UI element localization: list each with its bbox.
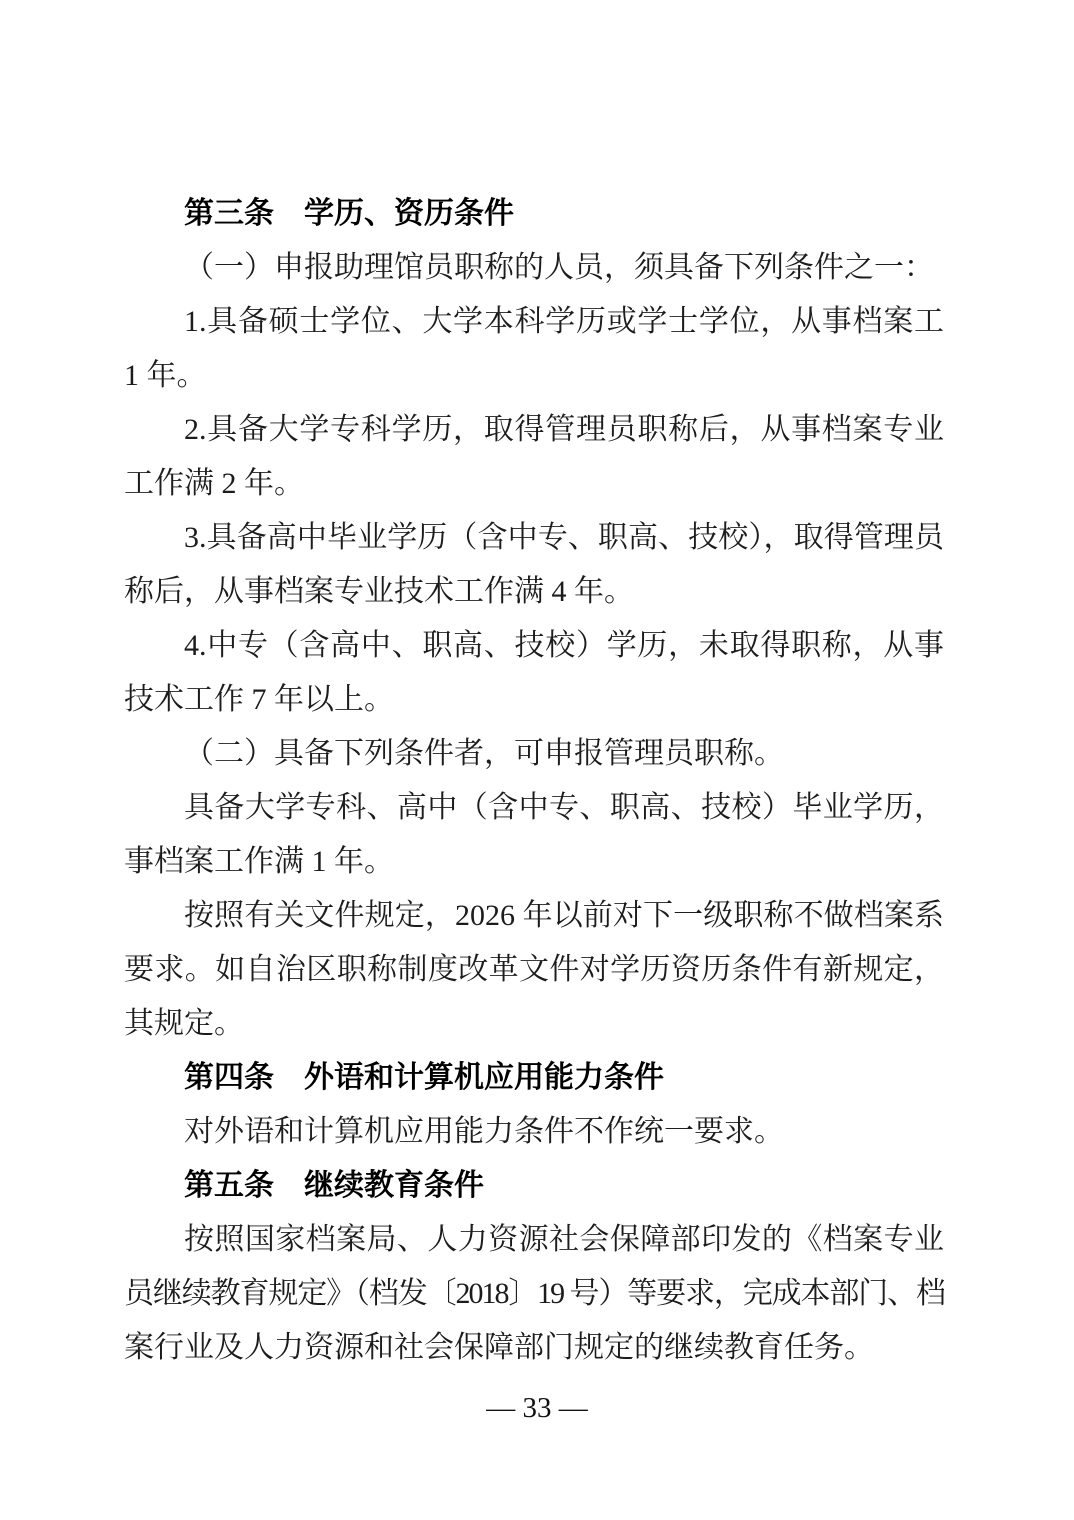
- article-3-heading: 第三条 学历、资历条件: [124, 187, 944, 241]
- text-line: （二）具备下列条件者，可申报管理员职称。: [124, 727, 944, 781]
- item-3: 3.具备高中毕业学历（含中专、职高、技校），取得管理员职 称后，从事档案专业技术…: [124, 511, 944, 619]
- clause-1-intro: （一）申报助理馆员职称的人员，须具备下列条件之一：: [124, 241, 944, 295]
- text-line: 案行业及人力资源和社会保障部门规定的继续教育任务。: [124, 1321, 944, 1375]
- clause-2-requirement: 具备大学专科、高中（含中专、职高、技校）毕业学历，从 事档案工作满 1 年。: [124, 781, 944, 889]
- transition-provision: 按照有关文件规定，2026 年以前对下一级职称不做档案系列 要求。如自治区职称制…: [124, 889, 944, 1051]
- text-line: 具备大学专科、高中（含中专、职高、技校）毕业学历，从: [124, 781, 944, 835]
- article-4-body: 对外语和计算机应用能力条件不作统一要求。: [124, 1105, 944, 1159]
- text-line: 技术工作 7 年以上。: [124, 673, 944, 727]
- article-5-heading: 第五条 继续教育条件: [124, 1159, 944, 1213]
- heading-text: 第四条 外语和计算机应用能力条件: [124, 1051, 944, 1105]
- text-line: 按照有关文件规定，2026 年以前对下一级职称不做档案系列: [124, 889, 944, 943]
- heading-text: 第五条 继续教育条件: [124, 1159, 944, 1213]
- item-1: 1.具备硕士学位、大学本科学历或学士学位，从事档案工作满 1 年。: [124, 295, 944, 403]
- text-line: 事档案工作满 1 年。: [124, 835, 944, 889]
- item-4: 4.中专（含高中、职高、技校）学历，未取得职称，从事专业 技术工作 7 年以上。: [124, 619, 944, 727]
- article-5-body: 按照国家档案局、人力资源社会保障部印发的《档案专业人 员继续教育规定》（档发〔2…: [124, 1213, 944, 1375]
- page-number: — 33 —: [0, 1390, 1074, 1426]
- text-line: 3.具备高中毕业学历（含中专、职高、技校），取得管理员职: [124, 511, 944, 565]
- text-line: （一）申报助理馆员职称的人员，须具备下列条件之一：: [124, 241, 944, 295]
- text-line: 4.中专（含高中、职高、技校）学历，未取得职称，从事专业: [124, 619, 944, 673]
- text-line: 称后，从事档案专业技术工作满 4 年。: [124, 565, 944, 619]
- text-line: 对外语和计算机应用能力条件不作统一要求。: [124, 1105, 944, 1159]
- text-line: 员继续教育规定》（档发〔2018〕19 号）等要求，完成本部门、档: [124, 1267, 944, 1321]
- heading-text: 第三条 学历、资历条件: [124, 187, 944, 241]
- text-line: 1 年。: [124, 349, 944, 403]
- text-line: 按照国家档案局、人力资源社会保障部印发的《档案专业人: [124, 1213, 944, 1267]
- item-2: 2.具备大学专科学历，取得管理员职称后，从事档案专业技术 工作满 2 年。: [124, 403, 944, 511]
- clause-2-intro: （二）具备下列条件者，可申报管理员职称。: [124, 727, 944, 781]
- text-line: 2.具备大学专科学历，取得管理员职称后，从事档案专业技术: [124, 403, 944, 457]
- article-4-heading: 第四条 外语和计算机应用能力条件: [124, 1051, 944, 1105]
- text-line: 1.具备硕士学位、大学本科学历或学士学位，从事档案工作满: [124, 295, 944, 349]
- document-page: 第三条 学历、资历条件 （一）申报助理馆员职称的人员，须具备下列条件之一： 1.…: [0, 0, 1074, 1520]
- text-line: 要求。如自治区职称制度改革文件对学历资历条件有新规定，从: [124, 943, 944, 997]
- document-content: 第三条 学历、资历条件 （一）申报助理馆员职称的人员，须具备下列条件之一： 1.…: [124, 187, 944, 1375]
- text-line: 工作满 2 年。: [124, 457, 944, 511]
- text-line: 其规定。: [124, 997, 944, 1051]
